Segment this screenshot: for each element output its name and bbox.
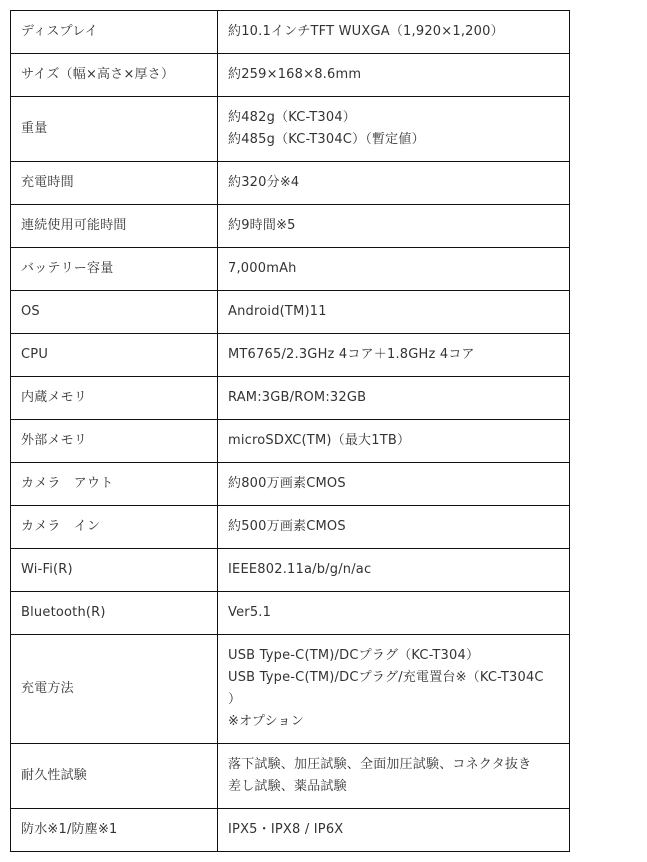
row-label: ディスプレイ [11,11,218,54]
table-row-weight: 重量 約482g（KC-T304） 約485g（KC-T304C）（暫定値） [11,97,570,162]
table-row-charging-method: 充電方法 USB Type-C(TM)/DCプラグ（KC-T304） USB T… [11,635,570,744]
table-row-bluetooth: Bluetooth(R) Ver5.1 [11,592,570,635]
table-row-camera-out: カメラ アウト 約800万画素CMOS [11,463,570,506]
row-label: Wi-Fi(R) [11,549,218,592]
table-row-wifi: Wi-Fi(R) IEEE802.11a/b/g/n/ac [11,549,570,592]
row-label: Bluetooth(R) [11,592,218,635]
row-label: バッテリー容量 [11,248,218,291]
table-row-battery: バッテリー容量 7,000mAh [11,248,570,291]
row-value: 約500万画素CMOS [218,506,570,549]
row-label: 連続使用可能時間 [11,205,218,248]
row-label: 耐久性試験 [11,744,218,809]
row-value: 約259×168×8.6mm [218,54,570,97]
table-row-usage-time: 連続使用可能時間 約9時間※5 [11,205,570,248]
row-value: Ver5.1 [218,592,570,635]
row-value: USB Type-C(TM)/DCプラグ（KC-T304） USB Type-C… [218,635,570,744]
row-label: 充電時間 [11,162,218,205]
table-row-internal-memory: 内蔵メモリ RAM:3GB/ROM:32GB [11,377,570,420]
table-row-waterproof: 防水※1/防塵※1 IPX5・IPX8 / IP6X [11,809,570,852]
row-label: 重量 [11,97,218,162]
row-value: 約800万画素CMOS [218,463,570,506]
row-label: カメラ アウト [11,463,218,506]
row-label: 防水※1/防塵※1 [11,809,218,852]
row-value: MT6765/2.3GHz 4コア＋1.8GHz 4コア [218,334,570,377]
spec-table: ディスプレイ 約10.1インチTFT WUXGA（1,920×1,200） サイ… [10,10,570,852]
table-row-external-memory: 外部メモリ microSDXC(TM)（最大1TB） [11,420,570,463]
row-label: 充電方法 [11,635,218,744]
row-value: 落下試験、加圧試験、全面加圧試験、コネクタ抜き 差し試験、薬品試験 [218,744,570,809]
table-row-cpu: CPU MT6765/2.3GHz 4コア＋1.8GHz 4コア [11,334,570,377]
row-label: 内蔵メモリ [11,377,218,420]
table-row-os: OS Android(TM)11 [11,291,570,334]
table-row-durability: 耐久性試験 落下試験、加圧試験、全面加圧試験、コネクタ抜き 差し試験、薬品試験 [11,744,570,809]
row-label: カメラ イン [11,506,218,549]
row-label: OS [11,291,218,334]
row-value: RAM:3GB/ROM:32GB [218,377,570,420]
row-value: 約482g（KC-T304） 約485g（KC-T304C）（暫定値） [218,97,570,162]
table-row-camera-in: カメラ イン 約500万画素CMOS [11,506,570,549]
row-value: IEEE802.11a/b/g/n/ac [218,549,570,592]
row-value: 約9時間※5 [218,205,570,248]
table-row-display: ディスプレイ 約10.1インチTFT WUXGA（1,920×1,200） [11,11,570,54]
row-value: IPX5・IPX8 / IP6X [218,809,570,852]
row-value: 約10.1インチTFT WUXGA（1,920×1,200） [218,11,570,54]
row-label: CPU [11,334,218,377]
row-label: サイズ（幅×高さ×厚さ） [11,54,218,97]
row-value: 7,000mAh [218,248,570,291]
row-value: microSDXC(TM)（最大1TB） [218,420,570,463]
table-row-charge-time: 充電時間 約320分※4 [11,162,570,205]
table-row-size: サイズ（幅×高さ×厚さ） 約259×168×8.6mm [11,54,570,97]
row-label: 外部メモリ [11,420,218,463]
row-value: Android(TM)11 [218,291,570,334]
row-value: 約320分※4 [218,162,570,205]
